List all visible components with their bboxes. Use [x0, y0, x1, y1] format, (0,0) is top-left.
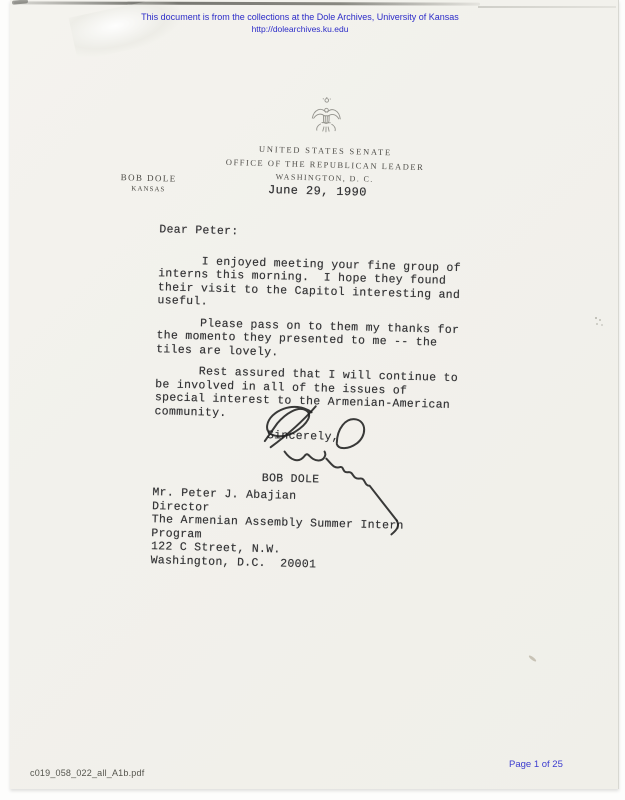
scanned-page: This document is from the collections at… — [10, 0, 619, 789]
scan-speckle — [595, 317, 597, 319]
handwritten-signature-icon — [246, 395, 430, 545]
scan-artifact-top-line — [14, 1, 480, 5]
scan-artifact-top-line-faint — [478, 6, 616, 8]
archive-banner-url[interactable]: http://dolearchives.ku.edu — [10, 23, 590, 35]
document-filename: c019_058_022_all_A1b.pdf — [30, 768, 144, 778]
senate-eagle-seal-icon — [305, 95, 348, 142]
paragraph-1: I enjoyed meeting your fine group of int… — [157, 254, 518, 317]
letterhead-sender-block: BOB DOLE KANSAS — [104, 172, 192, 194]
scan-speckle — [528, 655, 537, 663]
sender-name: BOB DOLE — [105, 172, 193, 184]
salutation: Dear Peter: — [159, 223, 519, 246]
document-scan-viewport: This document is from the collections at… — [0, 0, 625, 800]
page-indicator: Page 1 of 25 — [509, 759, 563, 770]
archive-banner: This document is from the collections at… — [10, 11, 590, 35]
archive-banner-text: This document is from the collections at… — [10, 11, 590, 23]
paragraph-2: Please pass on to them my thanks for the… — [156, 316, 517, 366]
letter-content: UNITED STATES SENATE OFFICE OF THE REPUB… — [98, 88, 539, 739]
